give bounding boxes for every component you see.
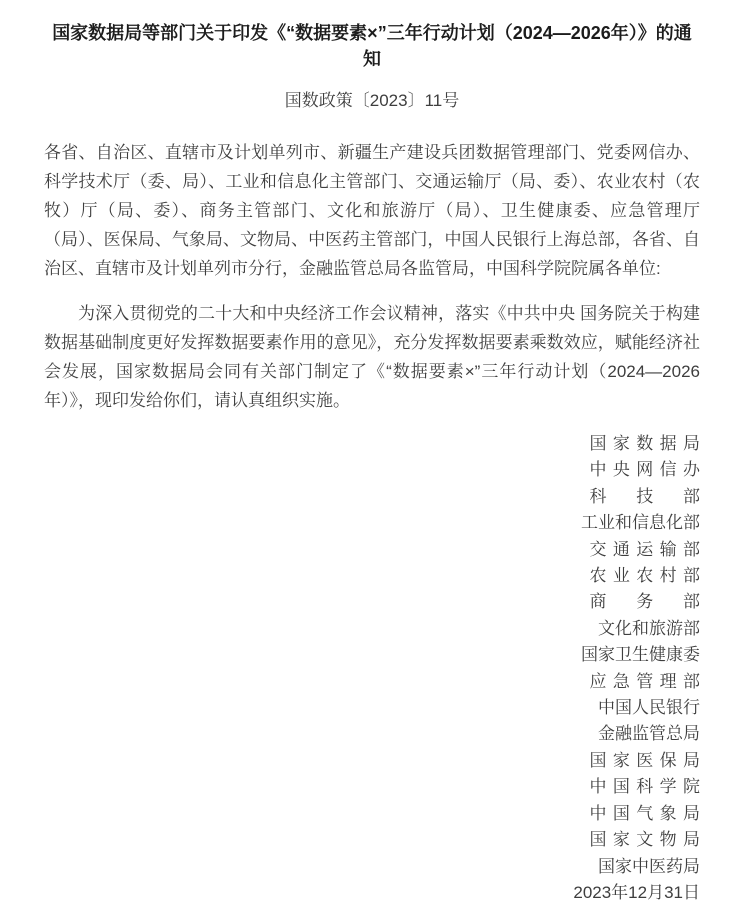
- signatory: 商务部: [44, 589, 700, 615]
- notice-title: 国家数据局等部门关于印发《“数据要素×”三年行动计划（2024—2026年）》的…: [44, 20, 700, 72]
- signatory: 中央网信办: [44, 457, 700, 483]
- signatory-name: 科技部: [590, 484, 701, 510]
- notice-paragraph: 为深入贯彻党的二十大和中央经济工作会议精神，落实《中共中央 国务院关于构建数据基…: [44, 299, 700, 415]
- signatory: 工业和信息化部: [44, 510, 700, 536]
- signatory: 金融监管总局: [44, 721, 700, 747]
- signatory-name: 应急管理部: [590, 669, 701, 695]
- signatory-name: 国家数据局: [590, 431, 701, 457]
- signatory-name: 文化和旅游部: [598, 619, 700, 638]
- signatory: 国家文物局: [44, 827, 700, 853]
- signatory-name: 金融监管总局: [598, 724, 700, 743]
- signatory-name: 中国科学院: [590, 774, 701, 800]
- signatory: 应急管理部: [44, 669, 700, 695]
- signatory-list: 国家数据局中央网信办科技部工业和信息化部交通运输部农业农村部商务部文化和旅游部国…: [44, 431, 700, 880]
- signatory-name: 中国人民银行: [598, 698, 700, 717]
- signatory-name: 农业农村部: [590, 563, 701, 589]
- signatory-name: 交通运输部: [590, 537, 701, 563]
- signatory-name: 中国气象局: [590, 801, 701, 827]
- signatory: 中国科学院: [44, 774, 700, 800]
- doc-number: 国数政策〔2023〕11号: [44, 90, 700, 112]
- signatory: 中国人民银行: [44, 695, 700, 721]
- signatory-name: 国家中医药局: [598, 857, 700, 876]
- signatory: 国家卫生健康委: [44, 642, 700, 668]
- signatory-name: 中央网信办: [590, 457, 701, 483]
- signatory: 国家中医药局: [44, 854, 700, 880]
- signatory: 中国气象局: [44, 801, 700, 827]
- notice-date: 2023年12月31日: [44, 880, 700, 906]
- signatory: 交通运输部: [44, 537, 700, 563]
- signatory-name: 国家文物局: [590, 827, 701, 853]
- signatory-name: 工业和信息化部: [581, 513, 700, 532]
- signatory: 国家医保局: [44, 748, 700, 774]
- signatory: 文化和旅游部: [44, 616, 700, 642]
- signatory: 国家数据局: [44, 431, 700, 457]
- notice-paragraph: 各省、自治区、直辖市及计划单列市、新疆生产建设兵团数据管理部门、党委网信办、科学…: [44, 138, 700, 283]
- notice-body: 各省、自治区、直辖市及计划单列市、新疆生产建设兵团数据管理部门、党委网信办、科学…: [44, 138, 700, 415]
- signatory: 科技部: [44, 484, 700, 510]
- signatory-name: 国家卫生健康委: [581, 645, 700, 664]
- signatory: 农业农村部: [44, 563, 700, 589]
- notice-document: 国家数据局等部门关于印发《“数据要素×”三年行动计划（2024—2026年）》的…: [0, 0, 744, 914]
- signatory-name: 国家医保局: [590, 748, 701, 774]
- signatory-name: 商务部: [590, 589, 701, 615]
